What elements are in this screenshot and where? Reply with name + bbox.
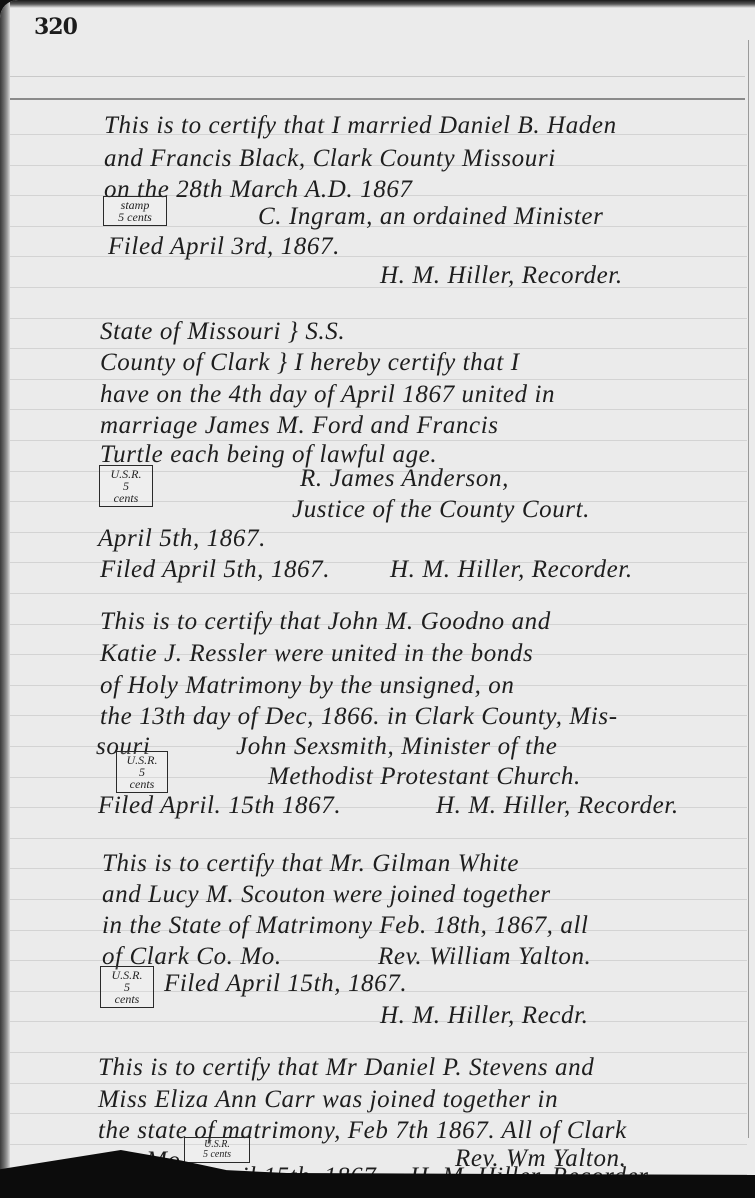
record-line: in the State of Matrimony Feb. 18th, 186… <box>102 912 589 940</box>
revenue-stamp: U.S.R. 5 cents <box>184 1137 250 1163</box>
revenue-stamp: stamp 5 cents <box>103 196 167 226</box>
record-line: the 13th day of Dec, 1866. in Clark Coun… <box>100 703 618 731</box>
margin-rule <box>748 40 749 1138</box>
record-line: and Francis Black, Clark County Missouri <box>104 145 556 173</box>
revenue-stamp: U.S.R. 5 cents <box>116 751 168 793</box>
officiant: C. Ingram, an ordained Minister <box>258 203 603 231</box>
record-line: the state of matrimony, Feb 7th 1867. Al… <box>98 1117 627 1145</box>
officiant-title: Methodist Protestant Church. <box>268 763 581 791</box>
recorder-signature: H. M. Hiller, Recorder. <box>436 792 679 820</box>
revenue-stamp: U.S.R. 5 cents <box>99 465 153 507</box>
page-number: 320 <box>34 14 77 40</box>
record-line: County of Clark } I hereby certify that … <box>100 349 520 377</box>
record-line: This is to certify that I married Daniel… <box>104 112 617 140</box>
officiant: Rev. William Yalton. <box>378 943 591 971</box>
record-line: and Lucy M. Scouton were joined together <box>102 881 551 909</box>
filed-date: Filed April 5th, 1867. <box>100 556 330 584</box>
record-line: of Holy Matrimony by the unsigned, on <box>100 672 515 700</box>
filed-date: Filed April 3rd, 1867. <box>108 233 340 261</box>
header-rule <box>10 76 745 77</box>
page-top-edge <box>0 0 755 8</box>
officiant: R. James Anderson, <box>300 465 509 493</box>
record-line: Katie J. Ressler were united in the bond… <box>100 640 533 668</box>
dated: April 5th, 1867. <box>98 525 266 553</box>
recorder-signature: H. M. Hiller, Recorder. <box>380 262 623 290</box>
officiant-title: Justice of the County Court. <box>292 496 590 524</box>
record-line: This is to certify that Mr. Gilman White <box>102 850 519 878</box>
record-line: State of Missouri } S.S. <box>100 318 345 346</box>
filed-date: Filed April 15th, 1867. <box>164 970 407 998</box>
officiant: John Sexsmith, Minister of the <box>236 733 557 761</box>
revenue-stamp: U.S.R. 5 cents <box>100 966 154 1008</box>
record-line: This is to certify that Mr Daniel P. Ste… <box>98 1054 594 1082</box>
book-binding <box>0 0 10 1198</box>
ledger-page: 320 This is to certify that I married Da… <box>0 0 755 1198</box>
record-line: marriage James M. Ford and Francis <box>100 412 499 440</box>
record-line: This is to certify that John M. Goodno a… <box>100 608 551 636</box>
filed-date: Filed April. 15th 1867. <box>98 792 341 820</box>
recorder-signature: H. M. Hiller, Recorder. <box>390 556 633 584</box>
record-line: Miss Eliza Ann Carr was joined together … <box>98 1086 558 1114</box>
record-line: have on the 4th day of April 1867 united… <box>100 381 555 409</box>
recorder-signature: H. M. Hiller, Recdr. <box>380 1002 589 1030</box>
